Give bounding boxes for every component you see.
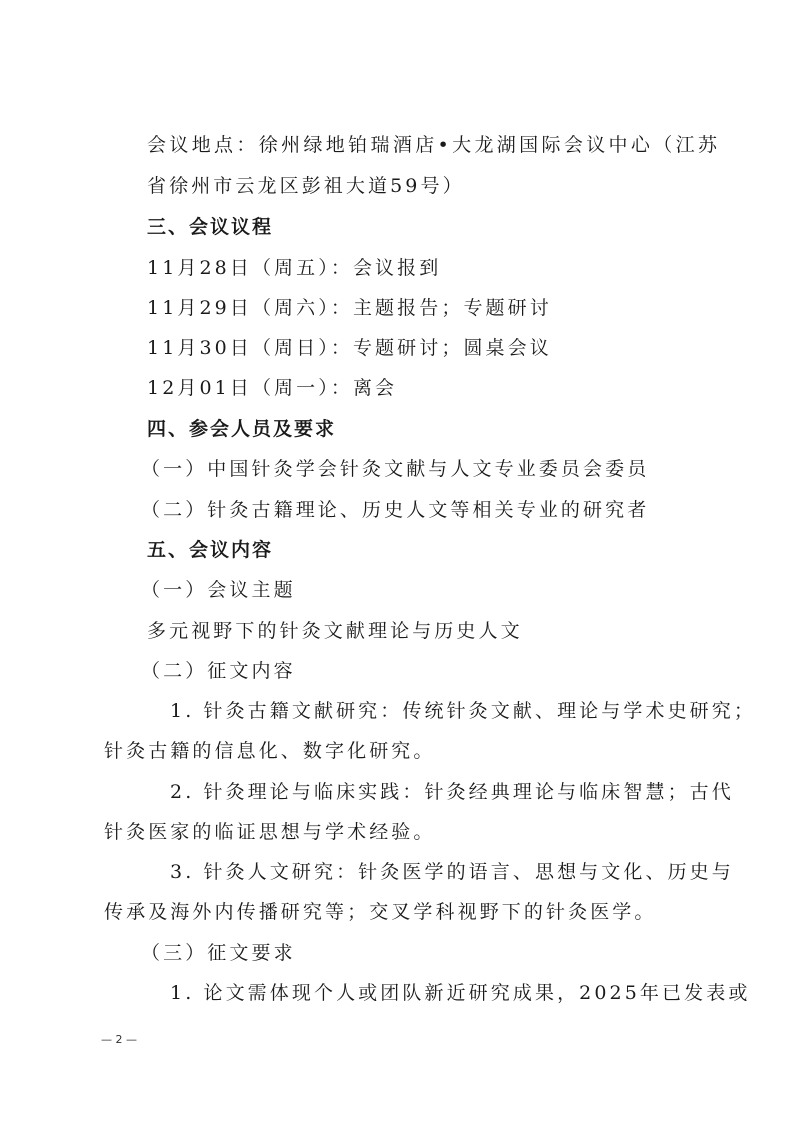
call-content-item-1-line-2: 针灸古籍的信息化、数字化研究。 [104,739,436,763]
venue-line-2: 省徐州市云龙区彭祖大道59号） [147,174,465,198]
theme-text: 多元视野下的针灸文献理论与历史人文 [147,619,523,643]
subsection-title-call-content: （二）征文内容 [141,659,296,683]
section-heading-participants: 四、参会人员及要求 [147,417,336,441]
section-heading-content: 五、会议内容 [147,538,273,562]
participant-item: （二）针灸古籍理论、历史人文等相关专业的研究者 [141,498,649,522]
call-content-item-1-line-1: 1. 针灸古籍文献研究：传统针灸文献、理论与学术史研究； [170,699,756,723]
page-number: — 2 — [101,1033,137,1046]
agenda-item: 12月01日（周一）：离会 [147,376,397,400]
agenda-item: 11月28日（周五）：会议报到 [147,256,441,280]
participant-item: （一）中国针灸学会针灸文献与人文专业委员会委员 [141,457,649,481]
venue-line-1: 会议地点：徐州绿地铂瑞酒店•大龙湖国际会议中心（江苏 [147,133,720,157]
call-content-item-3-line-2: 传承及海外内传播研究等；交叉学科视野下的针灸医学。 [104,900,657,924]
call-requirement-item-1-line-1: 1. 论文需体现个人或团队新近研究成果，2025年已发表或 [170,981,750,1005]
subsection-title-theme: （一）会议主题 [141,578,296,602]
call-content-item-3-line-1: 3. 针灸人文研究：针灸医学的语言、思想与文化、历史与 [170,860,734,884]
call-content-item-2-line-1: 2. 针灸理论与临床实践：针灸经典理论与临床智慧；古代 [170,780,734,804]
call-content-item-2-line-2: 针灸医家的临证思想与学术经验。 [104,820,436,844]
agenda-item: 11月30日（周日）：专题研讨；圆桌会议 [147,336,552,360]
agenda-item: 11月29日（周六）：主题报告；专题研讨 [147,296,552,320]
section-heading-agenda: 三、会议议程 [147,215,273,239]
subsection-title-call-requirements: （三）征文要求 [141,941,296,965]
